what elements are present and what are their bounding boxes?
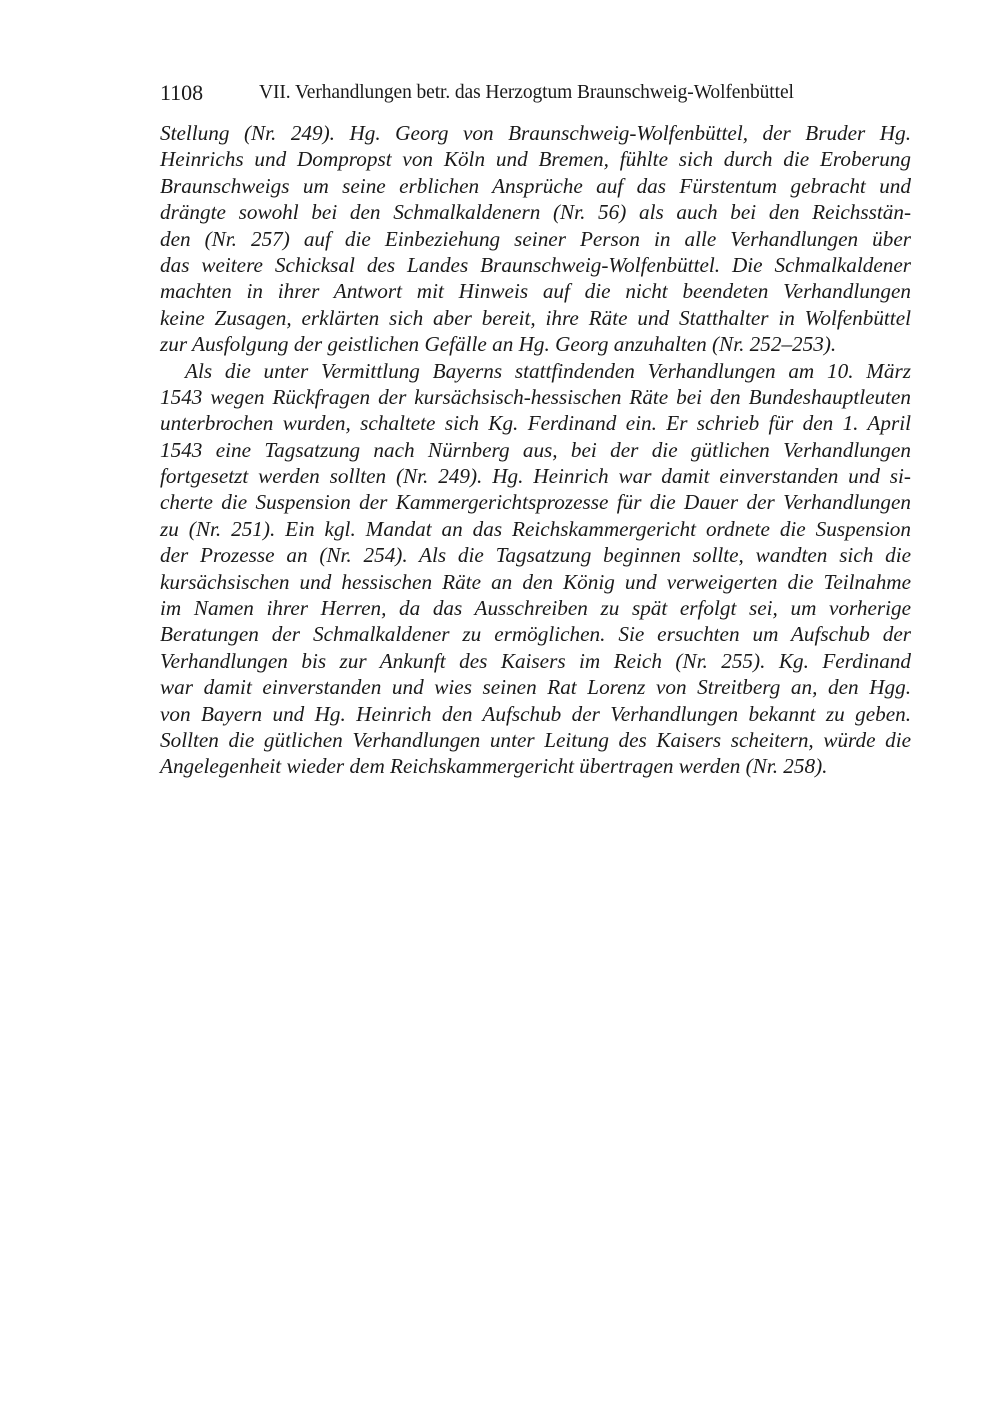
body-text: Stellung (Nr. 249). Hg. Georg von Brauns… [160, 120, 911, 780]
text-line: Als die unter Vermittlung Bayerns stattf… [160, 358, 911, 384]
text-line: den (Nr. 257) auf die Einbeziehung seine… [160, 226, 911, 252]
text-line: im Namen ihrer Herren, da das Ausschreib… [160, 595, 911, 621]
running-head: VII. Verhandlungen betr. das Herzogtum B… [259, 78, 794, 108]
text-line: Sollten die gütlichen Verhandlungen unte… [160, 727, 911, 753]
text-line: machten in ihrer Antwort mit Hinweis auf… [160, 278, 911, 304]
text-line: drängte sowohl bei den Schmalkaldenern (… [160, 199, 911, 225]
text-line: Heinrichs und Dompropst von Köln und Bre… [160, 146, 911, 172]
text-line: das weitere Schicksal des Landes Braunsc… [160, 252, 911, 278]
text-line: unterbrochen wurden, schaltete sich Kg. … [160, 410, 911, 436]
text-line: Verhandlungen bis zur Ankunft des Kaiser… [160, 648, 911, 674]
text-line: 1543 wegen Rückfragen der kursächsisch-h… [160, 384, 911, 410]
text-line: keine Zusagen, erklärten sich aber berei… [160, 305, 911, 331]
text-line: von Bayern und Hg. Heinrich den Aufschub… [160, 701, 911, 727]
paragraph-1: Stellung (Nr. 249). Hg. Georg von Brauns… [160, 120, 911, 358]
text-line: zur Ausfolgung der geistlichen Gefälle a… [160, 331, 911, 357]
document-page: 1108 VII. Verhandlungen betr. das Herzog… [0, 0, 1004, 1418]
text-line: Beratungen der Schmalkaldener zu ermögli… [160, 621, 911, 647]
text-line: 1543 eine Tagsatzung nach Nürnberg aus, … [160, 437, 911, 463]
text-line: fortgesetzt werden sollten (Nr. 249). Hg… [160, 463, 911, 489]
paragraph-2: Als die unter Vermittlung Bayerns stattf… [160, 358, 911, 780]
text-line: zu (Nr. 251). Ein kgl. Mandat an das Rei… [160, 516, 911, 542]
text-line: Braunschweigs um seine erblichen Ansprüc… [160, 173, 911, 199]
text-line: cherte die Suspension der Kammergerichts… [160, 489, 911, 515]
text-line: der Prozesse an (Nr. 254). Als die Tagsa… [160, 542, 911, 568]
text-line: kursächsischen und hessischen Räte an de… [160, 569, 911, 595]
text-line: Stellung (Nr. 249). Hg. Georg von Brauns… [160, 120, 911, 146]
page-header: 1108 VII. Verhandlungen betr. das Herzog… [160, 78, 920, 108]
page-number: 1108 [160, 78, 203, 108]
text-line: Angelegenheit wieder dem Reichskammerger… [160, 753, 911, 779]
text-line: war damit einverstanden und wies seinen … [160, 674, 911, 700]
